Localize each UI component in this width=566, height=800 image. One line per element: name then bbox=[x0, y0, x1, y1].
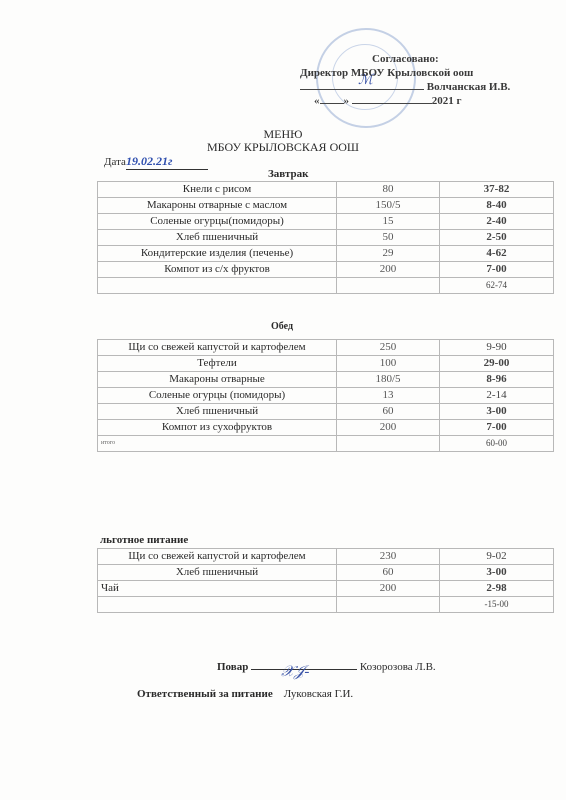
table-row: Тефтели 100 29-00 bbox=[98, 356, 554, 372]
table-row: Компот из с/х фруктов 200 7-00 bbox=[98, 262, 554, 278]
cook-name: Козорозова Л.В. bbox=[360, 661, 436, 673]
table-row: Хлеб пшеничный 50 2-50 bbox=[98, 230, 554, 246]
date-field: Дата19.02.21г bbox=[104, 154, 208, 170]
table-row: Щи со свежей капустой и картофелем 230 9… bbox=[98, 549, 554, 565]
section-breakfast: Завтрак bbox=[268, 168, 308, 180]
lunch-table: Щи со свежей капустой и картофелем 250 9… bbox=[97, 339, 554, 452]
approval-position: Директор МБОУ Крыловской оош bbox=[300, 66, 510, 80]
table-row: Щи со свежей капустой и картофелем 250 9… bbox=[98, 340, 554, 356]
table-row: Кондитерские изделия (печенье) 29 4-62 bbox=[98, 246, 554, 262]
table-row: Соленые огурцы(помидоры) 15 2-40 bbox=[98, 214, 554, 230]
breakfast-table: Кнели с рисом 80 37-82 Макароны отварные… bbox=[97, 181, 554, 294]
cook-signature: 𝒳𝒥- bbox=[281, 663, 309, 681]
section-lunch: Обед bbox=[271, 321, 293, 332]
table-row: Компот из сухофруктов 200 7-00 bbox=[98, 420, 554, 436]
lunch-total: 60-00 bbox=[440, 436, 554, 452]
table-row: Макароны отварные с маслом 150/5 8-40 bbox=[98, 198, 554, 214]
table-row: Чай 200 2-98 bbox=[98, 581, 554, 597]
total-row: 62-74 bbox=[98, 278, 554, 294]
table-row: Хлеб пшеничный 60 3-00 bbox=[98, 404, 554, 420]
responsible-line: Ответственный за питание Луковская Г.И. bbox=[137, 688, 353, 700]
total-row: -15-00 bbox=[98, 597, 554, 613]
page-title: МЕНЮ МБОУ КРЫЛОВСКАЯ ООШ bbox=[0, 128, 566, 154]
subsidized-total: -15-00 bbox=[440, 597, 554, 613]
breakfast-total: 62-74 bbox=[440, 278, 554, 294]
approval-name: Волчанская И.В. bbox=[427, 81, 511, 93]
school-name: МБОУ КРЫЛОВСКАЯ ООШ bbox=[0, 141, 566, 154]
date-value: 19.02.21г bbox=[126, 154, 208, 170]
approval-title: Согласовано: bbox=[300, 52, 510, 66]
table-row: Кнели с рисом 80 37-82 bbox=[98, 182, 554, 198]
cook-signature-line: Повар 𝒳𝒥- Козорозова Л.В. bbox=[217, 661, 436, 673]
table-row: Соленые огурцы (помидоры) 13 2-14 bbox=[98, 388, 554, 404]
lunch-total-label: итого bbox=[98, 436, 337, 452]
total-row: итого 60-00 bbox=[98, 436, 554, 452]
responsible-name: Луковская Г.И. bbox=[284, 688, 353, 700]
approval-year: 2021 г bbox=[432, 95, 462, 107]
approval-block: Согласовано: Директор МБОУ Крыловской оо… bbox=[300, 52, 510, 108]
table-row: Макароны отварные 180/5 8-96 bbox=[98, 372, 554, 388]
section-subsidized: льготное питание bbox=[100, 534, 188, 546]
table-row: Хлеб пшеничный 60 3-00 bbox=[98, 565, 554, 581]
subsidized-table: Щи со свежей капустой и картофелем 230 9… bbox=[97, 548, 554, 613]
